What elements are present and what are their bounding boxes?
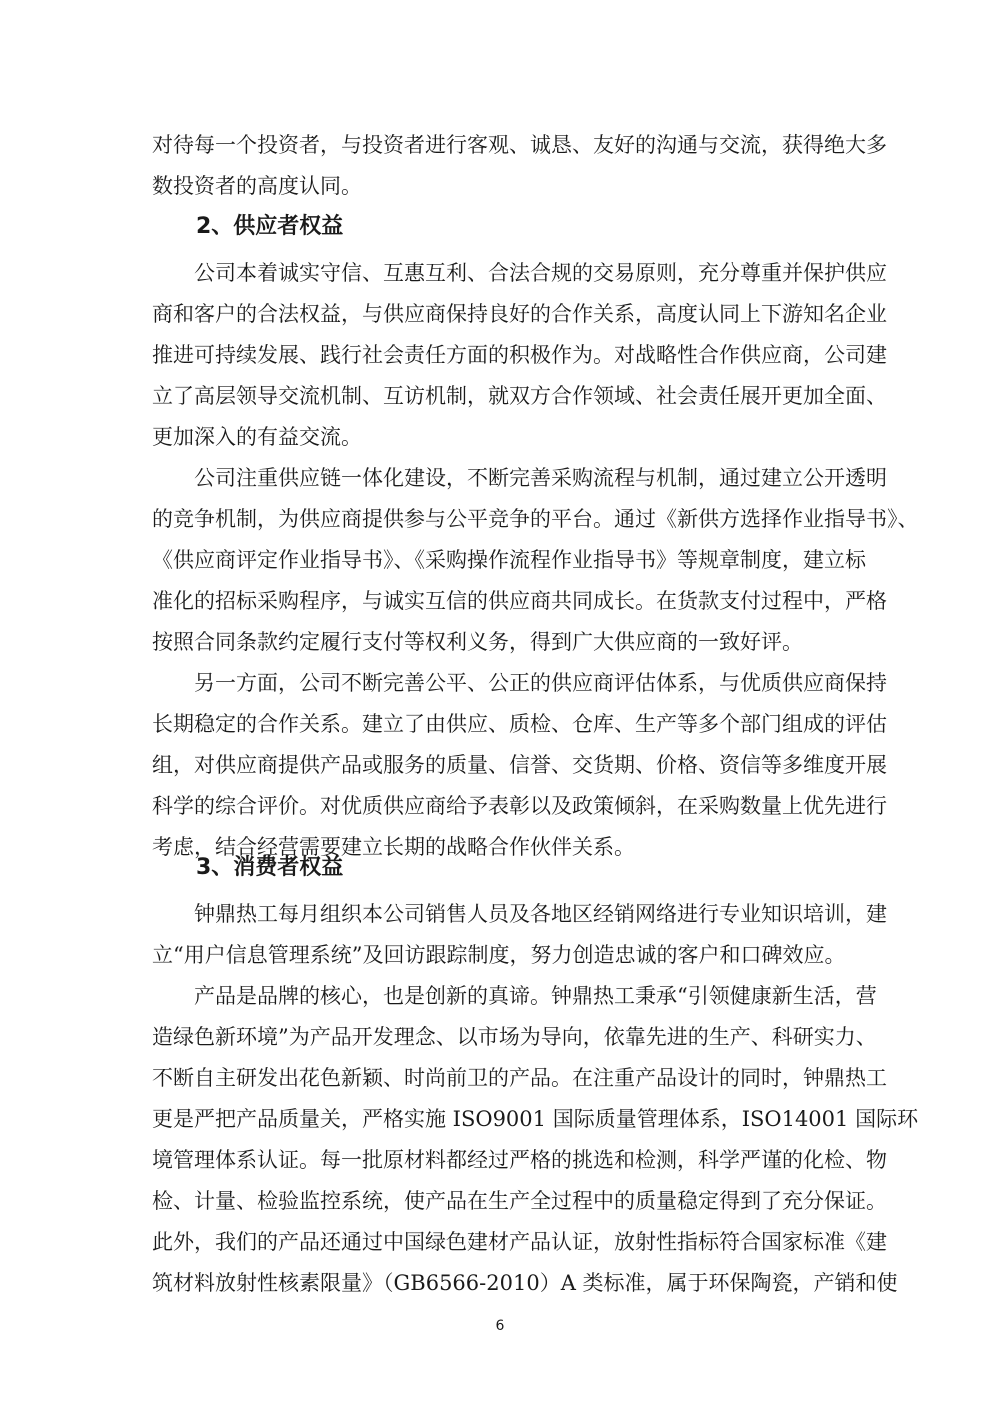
section-3-heading: 3、消费者权益 — [196, 853, 343, 883]
s3-p2-line-6: 检、计量、检验监控系统，使产品在生产全过程中的质量稳定得到了充分保证。 — [152, 1187, 848, 1215]
s2-p2-line-5: 按照合同条款约定履行支付等权利义务，得到广大供应商的一致好评。 — [152, 628, 848, 656]
s3-p1-line-1: 钟鼎热工每月组织本公司销售人员及各地区经销网络进行专业知识培训，建 — [194, 900, 848, 928]
page-number: 6 — [0, 1318, 1000, 1334]
s2-p3-line-4: 科学的综合评价。对优质供应商给予表彰以及政策倾斜，在采购数量上优先进行 — [152, 792, 848, 820]
document-page: 对待每一个投资者，与投资者进行客观、诚恳、友好的沟通与交流，获得绝大多 数投资者… — [0, 0, 1000, 1414]
s2-p1-line-3: 推进可持续发展、践行社会责任方面的积极作为。对战略性合作供应商，公司建 — [152, 341, 848, 369]
s2-p2-line-4: 准化的招标采购程序，与诚实互信的供应商共同成长。在货款支付过程中，严格 — [152, 587, 848, 615]
s2-p3-line-3: 组，对供应商提供产品或服务的质量、信誉、交货期、价格、资信等多维度开展 — [152, 751, 848, 779]
s3-p2-line-2: 造绿色新环境”为产品开发理念、以市场为导向，依靠先进的生产、科研实力、 — [152, 1023, 848, 1051]
s2-p1-line-5: 更加深入的有益交流。 — [152, 423, 848, 451]
s2-p3-line-2: 长期稳定的合作关系。建立了由供应、质检、仓库、生产等多个部门组成的评估 — [152, 710, 848, 738]
s2-p2-line-3: 《供应商评定作业指导书》、《采购操作流程作业指导书》等规章制度，建立标 — [152, 546, 848, 574]
s3-p2-line-1: 产品是品牌的核心，也是创新的真谛。钟鼎热工秉承“引领健康新生活，营 — [194, 982, 848, 1010]
s2-p2-line-2: 的竞争机制，为供应商提供参与公平竞争的平台。通过《新供方选择作业指导书》、 — [152, 505, 848, 533]
s3-p2-line-3: 不断自主研发出花色新颖、时尚前卫的产品。在注重产品设计的同时，钟鼎热工 — [152, 1064, 848, 1092]
s2-p2-line-1: 公司注重供应链一体化建设，不断完善采购流程与机制，通过建立公开透明 — [194, 464, 848, 492]
intro-line-2: 数投资者的高度认同。 — [152, 172, 848, 200]
s3-p2-line-8: 筑材料放射性核素限量》（GB6566-2010）A 类标准，属于环保陶瓷，产销和… — [152, 1269, 848, 1297]
s3-p1-line-2: 立“用户信息管理系统”及回访跟踪制度，努力创造忠诚的客户和口碑效应。 — [152, 941, 848, 969]
s2-p1-line-1: 公司本着诚实守信、互惠互利、合法合规的交易原则，充分尊重并保护供应 — [194, 259, 848, 287]
section-2-heading: 2、供应者权益 — [196, 212, 343, 242]
s3-p2-line-5: 境管理体系认证。每一批原材料都经过严格的挑选和检测，科学严谨的化检、物 — [152, 1146, 848, 1174]
s2-p3-line-1: 另一方面，公司不断完善公平、公正的供应商评估体系，与优质供应商保持 — [194, 669, 848, 697]
s2-p1-line-2: 商和客户的合法权益，与供应商保持良好的合作关系，高度认同上下游知名企业 — [152, 300, 848, 328]
s2-p1-line-4: 立了高层领导交流机制、互访机制，就双方合作领域、社会责任展开更加全面、 — [152, 382, 848, 410]
s3-p2-line-4: 更是严把产品质量关，严格实施 ISO9001 国际质量管理体系，ISO14001… — [152, 1105, 848, 1133]
s3-p2-line-7: 此外，我们的产品还通过中国绿色建材产品认证，放射性指标符合国家标准《建 — [152, 1228, 848, 1256]
intro-line-1: 对待每一个投资者，与投资者进行客观、诚恳、友好的沟通与交流，获得绝大多 — [152, 131, 848, 159]
